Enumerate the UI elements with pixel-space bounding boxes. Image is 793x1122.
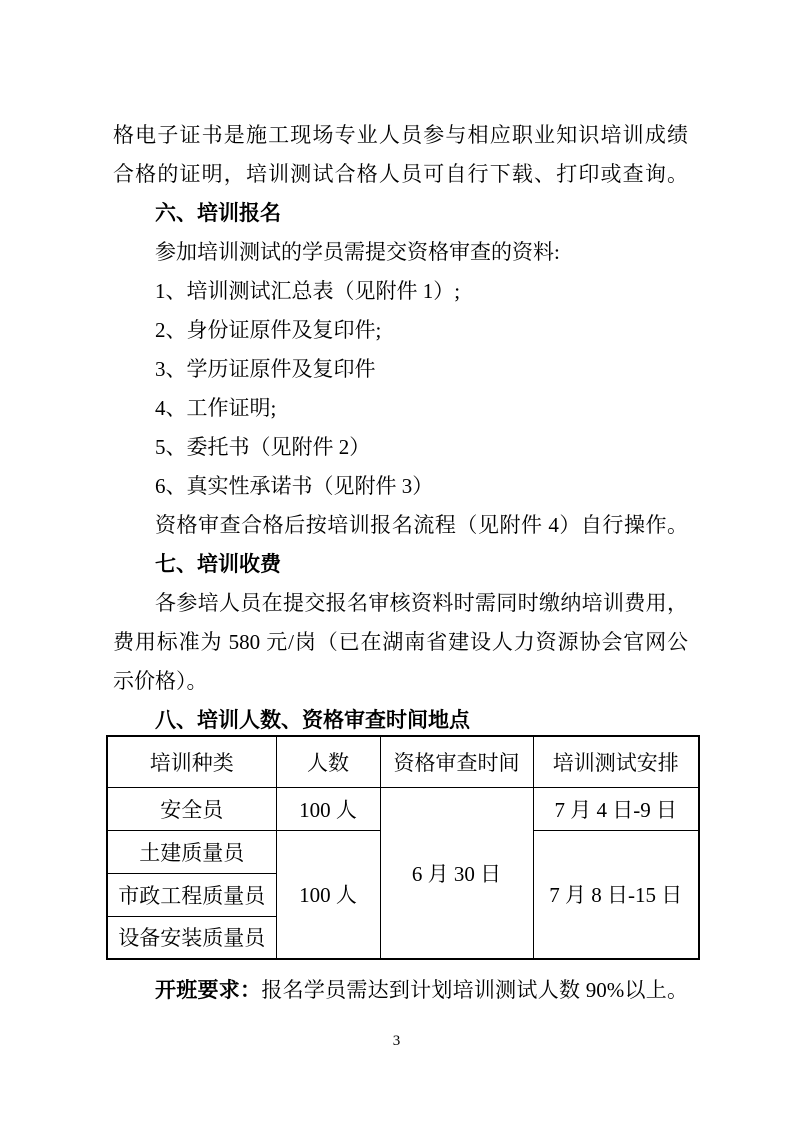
list-item: 5、委托书（见附件 2）: [113, 428, 688, 467]
cell-schedule: 7 月 8 日-15 日: [533, 830, 699, 959]
section-heading-six: 六、培训报名: [113, 194, 688, 233]
list-item: 1、培训测试汇总表（见附件 1）;: [113, 272, 688, 311]
class-requirement-note: 开班要求：报名学员需达到计划培训测试人数 90%以上。: [113, 971, 688, 1010]
paragraph-line: 费用标准为 580 元/岗（已在湖南省建设人力资源协会官网公: [113, 623, 688, 662]
cell-category: 土建质量员: [107, 830, 276, 873]
list-item: 2、身份证原件及复印件;: [113, 311, 688, 350]
note-label: 开班要求：: [155, 979, 261, 1002]
paragraph-line: 合格的证明，培训测试合格人员可自行下载、打印或查询。: [113, 155, 688, 194]
paragraph-line: 各参培人员在提交报名审核资料时需同时缴纳培训费用，: [113, 584, 688, 623]
paragraph-line: 资格审查合格后按培训报名流程（见附件 4）自行操作。: [113, 506, 688, 545]
list-item: 6、真实性承诺书（见附件 3）: [113, 467, 688, 506]
section-heading-seven: 七、培训收费: [113, 545, 688, 584]
list-item: 4、工作证明;: [113, 389, 688, 428]
header-cell-schedule: 培训测试安排: [533, 736, 699, 787]
cell-category: 安全员: [107, 787, 276, 830]
training-schedule-table: 培训种类 人数 资格审查时间 培训测试安排 安全员 100 人 6 月 30 日…: [106, 735, 700, 960]
page-number: 3: [0, 1033, 793, 1050]
cell-count: 100 人: [276, 787, 380, 830]
paragraph-line: 格电子证书是施工现场专业人员参与相应职业知识培训成绩: [113, 116, 688, 155]
header-cell-category: 培训种类: [107, 736, 276, 787]
cell-category: 设备安装质量员: [107, 916, 276, 959]
cell-review-time: 6 月 30 日: [380, 787, 533, 959]
document-body: 格电子证书是施工现场专业人员参与相应职业知识培训成绩 合格的证明，培训测试合格人…: [113, 116, 688, 740]
header-cell-review-time: 资格审查时间: [380, 736, 533, 787]
paragraph-line: 参加培训测试的学员需提交资格审查的资料:: [113, 233, 688, 272]
document-page: 格电子证书是施工现场专业人员参与相应职业知识培训成绩 合格的证明，培训测试合格人…: [0, 0, 793, 1122]
cell-count: 100 人: [276, 830, 380, 959]
note-text: 报名学员需达到计划培训测试人数 90%以上。: [261, 978, 688, 1002]
table-row: 安全员 100 人 6 月 30 日 7 月 4 日-9 日: [107, 787, 699, 830]
table-header-row: 培训种类 人数 资格审查时间 培训测试安排: [107, 736, 699, 787]
header-cell-count: 人数: [276, 736, 380, 787]
cell-category: 市政工程质量员: [107, 873, 276, 916]
cell-schedule: 7 月 4 日-9 日: [533, 787, 699, 830]
paragraph-line: 示价格）。: [113, 662, 688, 701]
list-item: 3、学历证原件及复印件: [113, 350, 688, 389]
